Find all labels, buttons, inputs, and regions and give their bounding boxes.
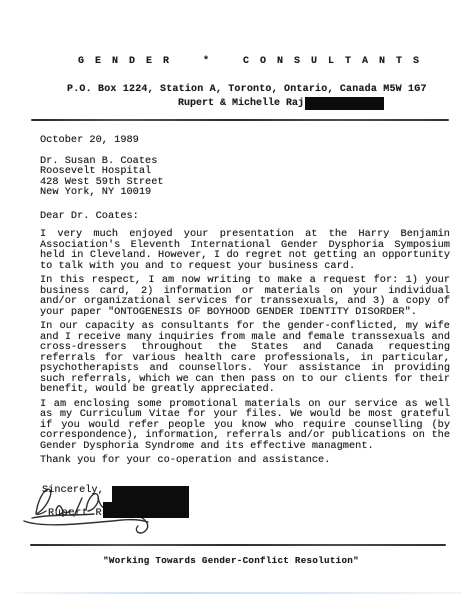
masthead-divider — [31, 119, 449, 121]
scan-edge-artifact — [16, 592, 462, 594]
letter-body: I very much enjoyed your presentation at… — [40, 229, 450, 470]
footer-tagline: "Working Towards Gender-Conflict Resolut… — [0, 555, 462, 566]
letter-paragraph: I am enclosing some promotional material… — [40, 399, 450, 452]
redaction-box — [112, 486, 189, 518]
letter-paragraph: In our capacity as consultants for the g… — [40, 321, 450, 395]
redaction-box — [103, 502, 115, 518]
letter-date: October 20, 1989 — [40, 134, 139, 146]
letter-paragraph: In this respect, I am now writing to mak… — [40, 275, 450, 317]
footer-divider — [30, 544, 446, 546]
letter-paragraph: Thank you for your co-operation and assi… — [40, 455, 450, 466]
recipient-address-block: Dr. Susan B. Coates Roosevelt Hospital 4… — [40, 156, 164, 197]
org-name: GENDER * CONSULTANTS — [78, 56, 430, 67]
org-po-box-line: P.O. Box 1224, Station A, Toronto, Ontar… — [67, 84, 427, 95]
salutation: Dear Dr. Coates: — [40, 210, 139, 222]
letter-paragraph: I very much enjoyed your presentation at… — [40, 229, 450, 271]
redaction-box — [305, 97, 384, 110]
scanned-letter-page: GENDER * CONSULTANTS P.O. Box 1224, Stat… — [0, 0, 462, 600]
org-principals: Rupert & Michelle Raj — [178, 98, 304, 109]
recipient-city: New York, NY 10019 — [40, 187, 164, 197]
